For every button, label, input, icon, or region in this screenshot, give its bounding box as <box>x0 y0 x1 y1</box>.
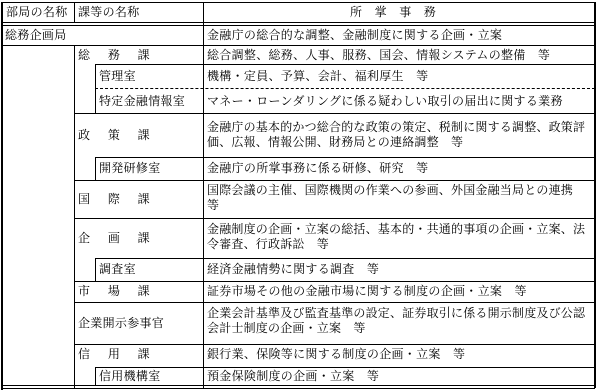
duties-cell: マネー・ローンダリングに係る疑わしい取引の届出に関する業務 <box>207 94 563 109</box>
division-name: 企 画 課 <box>78 231 157 246</box>
duties-cell: 経済金融情勢に関する調査 等 <box>207 262 379 277</box>
header-duties: 所 掌 事 務 <box>350 5 436 20</box>
header-divider <box>2 22 595 23</box>
division-name: 国 際 課 <box>78 192 157 207</box>
row-line <box>74 113 595 114</box>
row-line <box>74 302 595 303</box>
bureau-name: 総務企画局 <box>5 28 67 43</box>
row-line <box>95 367 595 368</box>
row-line <box>74 344 595 345</box>
office-name: 特定金融情報室 <box>99 94 185 109</box>
duties-cell: 企業会計基準及び監査基準の設定、証券取引に係る開示制度及び公認会計士制度の企画・… <box>207 306 595 336</box>
duties-cell: 銀行業、保険等に関する制度の企画・立案 等 <box>207 347 465 362</box>
duties-cell: 金融庁の基本的かつ総合的な政策の策定、税制に関する調整、政策評価、広報、情報公開… <box>207 120 595 150</box>
duties-cell: 金融庁の総合的な調整、金融制度に関する企画・立案 <box>207 28 502 43</box>
division-name: 政 策 課 <box>78 128 157 143</box>
border-bottom <box>2 385 595 386</box>
col-divider <box>203 2 204 388</box>
division-name: 総 務 課 <box>78 48 157 63</box>
col-divider <box>95 258 96 281</box>
duties-cell: 総合調整、総務、人事、服務、国会、情報システムの整備 等 <box>207 48 550 63</box>
row-line <box>74 180 595 181</box>
duties-cell: 国際会議の主催、国際機関の作業への参画、外国金融当局との連携 等 <box>207 183 595 213</box>
division-name: 市 場 課 <box>78 284 157 299</box>
office-name: 管理室 <box>99 69 136 84</box>
col-divider <box>95 367 96 386</box>
col-divider <box>95 157 96 180</box>
division-name: 信 用 課 <box>78 347 157 362</box>
row-line-dashed <box>95 88 595 89</box>
division-name: 企業開示参事官 <box>78 316 164 331</box>
row-line <box>95 258 595 259</box>
header-divider <box>2 25 595 26</box>
header-division-name: 課等の名称 <box>78 5 140 20</box>
office-name: 調査室 <box>99 262 136 277</box>
duties-cell: 機構・定員、予算、会計、福利厚生 等 <box>207 69 428 84</box>
office-name: 信用機構室 <box>99 369 161 384</box>
duties-cell: 預金保険制度の企画・立案 等 <box>207 369 379 384</box>
border-bottom <box>2 388 595 389</box>
office-name: 開発研修室 <box>99 161 161 176</box>
row-line <box>74 218 595 219</box>
row-line <box>74 281 595 282</box>
border-top <box>2 2 595 3</box>
col-divider <box>74 45 75 388</box>
duties-cell: 証券市場その他の金融市場に関する制度の企画・立案 等 <box>207 284 527 299</box>
duties-cell: 金融制度の企画・立案の総括、基本的・共通的事項の企画・立案、法令審査、行政訴訟 … <box>207 222 595 252</box>
border-left <box>1 2 3 390</box>
col-divider <box>74 2 75 23</box>
header-bureau-name: 部局の名称 <box>6 5 68 20</box>
duties-cell: 金融庁の所掌事務に係る研修、研究 等 <box>207 161 428 176</box>
row-line <box>2 45 595 46</box>
row-line <box>95 157 595 158</box>
row-line <box>95 64 595 65</box>
